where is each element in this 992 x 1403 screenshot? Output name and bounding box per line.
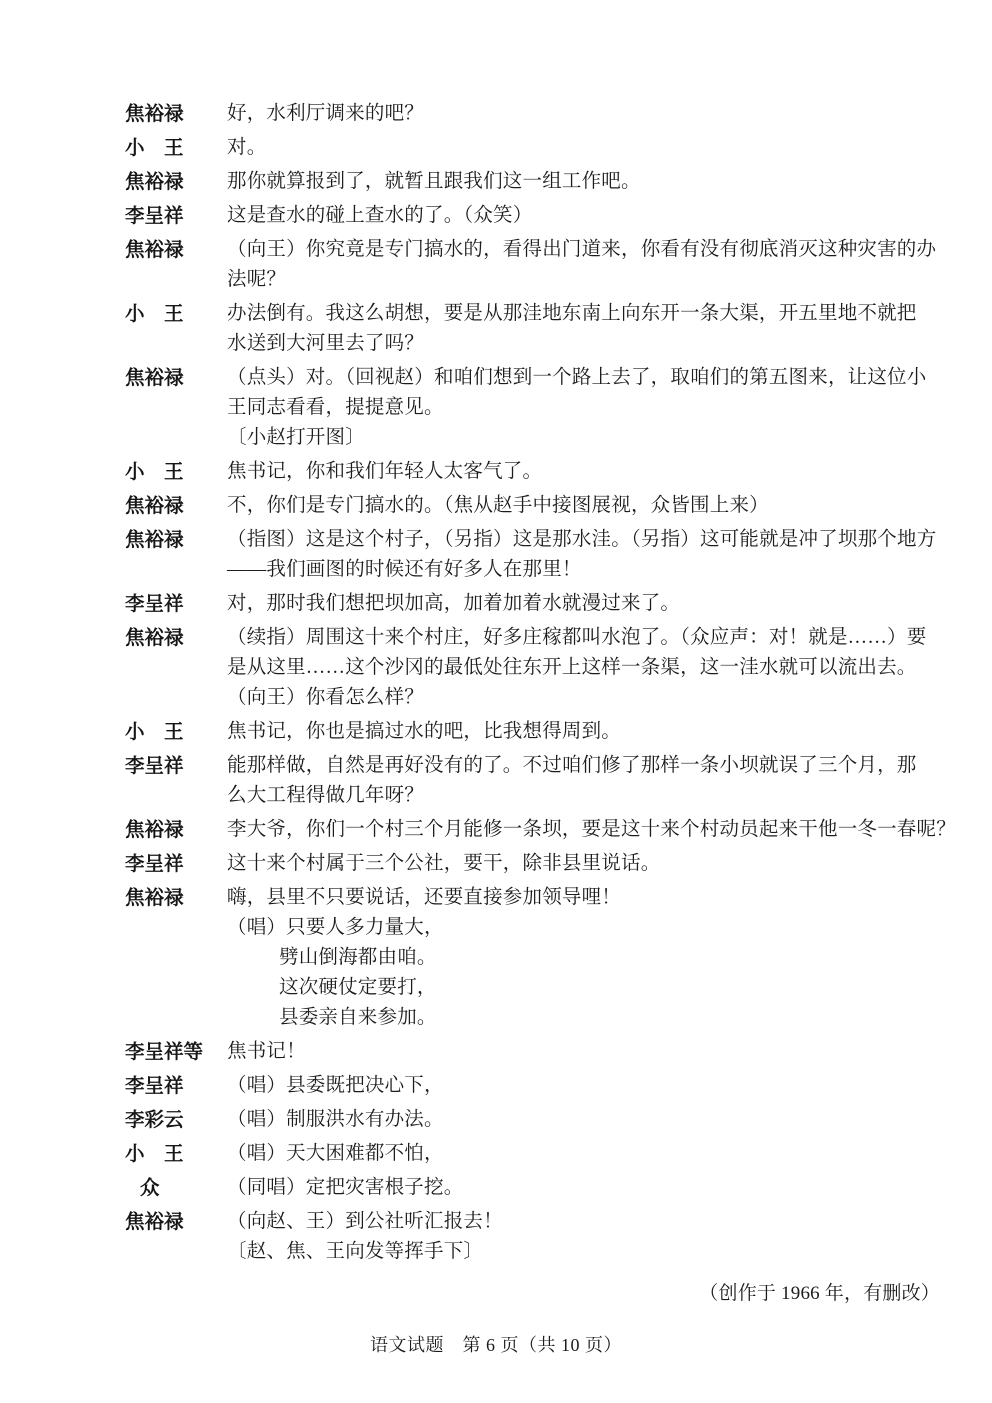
dialogue-lines: 对。 (227, 133, 940, 163)
dialogue-line: （点头）对。（回视赵）和咱们想到一个路上去了，取咱们的第五图来，让这位小 (227, 363, 940, 393)
script-entry: 焦裕禄好，水利厅调来的吧？ (125, 99, 940, 129)
speaker-name: 小 王 (125, 717, 227, 747)
dialogue-line: （续指）周围这十来个村庄，好多庄稼都叫水泡了。（众应声：对！就是……）要 (227, 623, 940, 653)
script-entry: 小 王（唱）天大困难都不怕， (125, 1139, 940, 1169)
stage-direction: 〔赵、焦、王向发等挥手下〕 (227, 1237, 940, 1267)
sung-line: 劈山倒海都由咱。 (227, 943, 940, 973)
script-entry: 李呈祥等焦书记！ (125, 1037, 940, 1067)
speaker-name: 焦裕禄 (125, 1207, 227, 1237)
attribution-note: （创作于 1966 年，有删改） (125, 1279, 940, 1309)
speaker-name: 小 王 (125, 457, 227, 487)
document-page: 焦裕禄好，水利厅调来的吧？小 王对。焦裕禄那你就算报到了，就暂且跟我们这一组工作… (0, 0, 992, 1309)
script-entry: 焦裕禄（向王）你究竟是专门搞水的，看得出门道来，你看有没有彻底消灭这种灾害的办法… (125, 235, 940, 295)
speaker-name: 焦裕禄 (125, 525, 227, 555)
dialogue-lines: （唱）县委既把决心下， (227, 1071, 940, 1101)
dialogue-lines: 能那样做，自然是再好没有的了。不过咱们修了那样一条小坝就误了三个月，那么大工程得… (227, 751, 940, 811)
dialogue-line: 好，水利厅调来的吧？ (227, 99, 940, 129)
dialogue-lines: （指图）这是这个村子，（另指）这是那水洼。（另指）这可能就是冲了坝那个地方——我… (227, 525, 940, 585)
dialogue-lines: （向王）你究竟是专门搞水的，看得出门道来，你看有没有彻底消灭这种灾害的办法呢？ (227, 235, 940, 295)
speaker-name: 李呈祥 (125, 751, 227, 781)
speaker-name: 焦裕禄 (125, 363, 227, 393)
dialogue-line: （唱）制服洪水有办法。 (227, 1105, 940, 1135)
script-entry: 焦裕禄（指图）这是这个村子，（另指）这是那水洼。（另指）这可能就是冲了坝那个地方… (125, 525, 940, 585)
dialogue-lines: （唱）天大困难都不怕， (227, 1139, 940, 1169)
dialogue-line: 王同志看看，提提意见。 (227, 393, 940, 423)
dialogue-lines: 办法倒有。我这么胡想，要是从那洼地东南上向东开一条大渠，开五里地不就把水送到大河… (227, 299, 940, 359)
dialogue-lines: 不，你们是专门搞水的。（焦从赵手中接图展视，众皆围上来） (227, 491, 940, 521)
dialogue-line: 焦书记！ (227, 1037, 940, 1067)
dialogue-line: 嗨，县里不只要说话，还要直接参加领导哩！ (227, 883, 940, 913)
speaker-name: 焦裕禄 (125, 623, 227, 653)
speaker-name: 焦裕禄 (125, 167, 227, 197)
script-entry: 李呈祥能那样做，自然是再好没有的了。不过咱们修了那样一条小坝就误了三个月，那么大… (125, 751, 940, 811)
speaker-name: 焦裕禄 (125, 235, 227, 265)
script-entry: 小 王办法倒有。我这么胡想，要是从那洼地东南上向东开一条大渠，开五里地不就把水送… (125, 299, 940, 359)
dialogue-line: ——我们画图的时候还有好多人在那里！ (227, 555, 940, 585)
page-footer: 语文试题 第 6 页（共 10 页） (0, 1331, 992, 1359)
script-entry: 焦裕禄那你就算报到了，就暂且跟我们这一组工作吧。 (125, 167, 940, 197)
dialogue-line: 这十来个村属于三个公社，要干，除非县里说话。 (227, 849, 940, 879)
dialogue-line: 焦书记，你和我们年轻人太客气了。 (227, 457, 940, 487)
dialogue-lines: （唱）制服洪水有办法。 (227, 1105, 940, 1135)
dialogue-lines: 焦书记，你和我们年轻人太客气了。 (227, 457, 940, 487)
script-entry: 焦裕禄不，你们是专门搞水的。（焦从赵手中接图展视，众皆围上来） (125, 491, 940, 521)
speaker-name: 李呈祥 (125, 201, 227, 231)
dialogue-line: （唱）天大困难都不怕， (227, 1139, 940, 1169)
speaker-name: 众 (125, 1173, 227, 1203)
dialogue-line: 李大爷，你们一个村三个月能修一条坝，要是这十来个村动员起来干他一冬一春呢？ (227, 815, 940, 845)
dialogue-line: （唱）只要人多力量大， (227, 913, 940, 943)
dialogue-lines: （同唱）定把灾害根子挖。 (227, 1173, 940, 1203)
speaker-name: 李呈祥等 (125, 1037, 227, 1067)
stage-direction: 〔小赵打开图〕 (227, 423, 940, 453)
dialogue-line: 对，那时我们想把坝加高，加着加着水就漫过来了。 (227, 589, 940, 619)
script-entry: 众（同唱）定把灾害根子挖。 (125, 1173, 940, 1203)
dialogue-line: 是从这里……这个沙冈的最低处往东开上这样一条渠，这一洼水就可以流出去。 (227, 653, 940, 683)
script-entry: 小 王焦书记，你也是搞过水的吧，比我想得周到。 (125, 717, 940, 747)
dialogue-lines: 这十来个村属于三个公社，要干，除非县里说话。 (227, 849, 940, 879)
dialogue-line: 对。 (227, 133, 940, 163)
speaker-name: 焦裕禄 (125, 883, 227, 913)
speaker-name: 李呈祥 (125, 1071, 227, 1101)
speaker-name: 李呈祥 (125, 589, 227, 619)
script-entry: 小 王焦书记，你和我们年轻人太客气了。 (125, 457, 940, 487)
speaker-name: 焦裕禄 (125, 99, 227, 129)
dialogue-lines: 这是查水的碰上查水的了。（众笑） (227, 201, 940, 231)
speaker-name: 小 王 (125, 133, 227, 163)
dialogue-line: 那你就算报到了，就暂且跟我们这一组工作吧。 (227, 167, 940, 197)
dialogue-line: 这是查水的碰上查水的了。（众笑） (227, 201, 940, 231)
speaker-name: 焦裕禄 (125, 491, 227, 521)
dialogue-line: 能那样做，自然是再好没有的了。不过咱们修了那样一条小坝就误了三个月，那 (227, 751, 940, 781)
dialogue-line: （指图）这是这个村子，（另指）这是那水洼。（另指）这可能就是冲了坝那个地方 (227, 525, 940, 555)
script-entry: 李呈祥（唱）县委既把决心下， (125, 1071, 940, 1101)
dialogue-line: 么大工程得做几年呀？ (227, 781, 940, 811)
sung-line: 县委亲自来参加。 (227, 1003, 940, 1033)
script-entry: 小 王对。 (125, 133, 940, 163)
dialogue-line: 办法倒有。我这么胡想，要是从那洼地东南上向东开一条大渠，开五里地不就把 (227, 299, 940, 329)
dialogue-line: （向王）你看怎么样？ (227, 683, 940, 713)
script-entry: 焦裕禄（向赵、王）到公社听汇报去！〔赵、焦、王向发等挥手下〕 (125, 1207, 940, 1267)
script-entry: 李呈祥这是查水的碰上查水的了。（众笑） (125, 201, 940, 231)
dialogue-lines: 焦书记！ (227, 1037, 940, 1067)
dialogue-line: 法呢？ (227, 265, 940, 295)
script-entry: 焦裕禄李大爷，你们一个村三个月能修一条坝，要是这十来个村动员起来干他一冬一春呢？ (125, 815, 940, 845)
speaker-name: 李呈祥 (125, 849, 227, 879)
dialogue-lines: 李大爷，你们一个村三个月能修一条坝，要是这十来个村动员起来干他一冬一春呢？ (227, 815, 940, 845)
script-entry: 焦裕禄（续指）周围这十来个村庄，好多庄稼都叫水泡了。（众应声：对！就是……）要是… (125, 623, 940, 713)
dialogue-lines: （向赵、王）到公社听汇报去！〔赵、焦、王向发等挥手下〕 (227, 1207, 940, 1267)
dialogue-lines: 对，那时我们想把坝加高，加着加着水就漫过来了。 (227, 589, 940, 619)
dialogue-lines: 那你就算报到了，就暂且跟我们这一组工作吧。 (227, 167, 940, 197)
dialogue-line: （向赵、王）到公社听汇报去！ (227, 1207, 940, 1237)
sung-line: 这次硬仗定要打， (227, 973, 940, 1003)
script-entry: 李呈祥这十来个村属于三个公社，要干，除非县里说话。 (125, 849, 940, 879)
dialogue-lines: 焦书记，你也是搞过水的吧，比我想得周到。 (227, 717, 940, 747)
speaker-name: 小 王 (125, 1139, 227, 1169)
script-entry: 焦裕禄嗨，县里不只要说话，还要直接参加领导哩！（唱）只要人多力量大，劈山倒海都由… (125, 883, 940, 1033)
speaker-name: 小 王 (125, 299, 227, 329)
dialogue-line: 水送到大河里去了吗？ (227, 329, 940, 359)
dialogue-line: 焦书记，你也是搞过水的吧，比我想得周到。 (227, 717, 940, 747)
dialogue-line: （唱）县委既把决心下， (227, 1071, 940, 1101)
speaker-name: 李彩云 (125, 1105, 227, 1135)
speaker-name: 焦裕禄 (125, 815, 227, 845)
script-entry: 李彩云（唱）制服洪水有办法。 (125, 1105, 940, 1135)
dialogue-line: 不，你们是专门搞水的。（焦从赵手中接图展视，众皆围上来） (227, 491, 940, 521)
dialogue-lines: 好，水利厅调来的吧？ (227, 99, 940, 129)
dialogue-line: （向王）你究竟是专门搞水的，看得出门道来，你看有没有彻底消灭这种灾害的办 (227, 235, 940, 265)
script-entry: 李呈祥对，那时我们想把坝加高，加着加着水就漫过来了。 (125, 589, 940, 619)
dialogue-lines: 嗨，县里不只要说话，还要直接参加领导哩！（唱）只要人多力量大，劈山倒海都由咱。这… (227, 883, 940, 1033)
dialogue-lines: （点头）对。（回视赵）和咱们想到一个路上去了，取咱们的第五图来，让这位小王同志看… (227, 363, 940, 453)
dialogue-line: （同唱）定把灾害根子挖。 (227, 1173, 940, 1203)
script-entry: 焦裕禄（点头）对。（回视赵）和咱们想到一个路上去了，取咱们的第五图来，让这位小王… (125, 363, 940, 453)
dialogue-lines: （续指）周围这十来个村庄，好多庄稼都叫水泡了。（众应声：对！就是……）要是从这里… (227, 623, 940, 713)
script-body: 焦裕禄好，水利厅调来的吧？小 王对。焦裕禄那你就算报到了，就暂且跟我们这一组工作… (125, 99, 940, 1267)
